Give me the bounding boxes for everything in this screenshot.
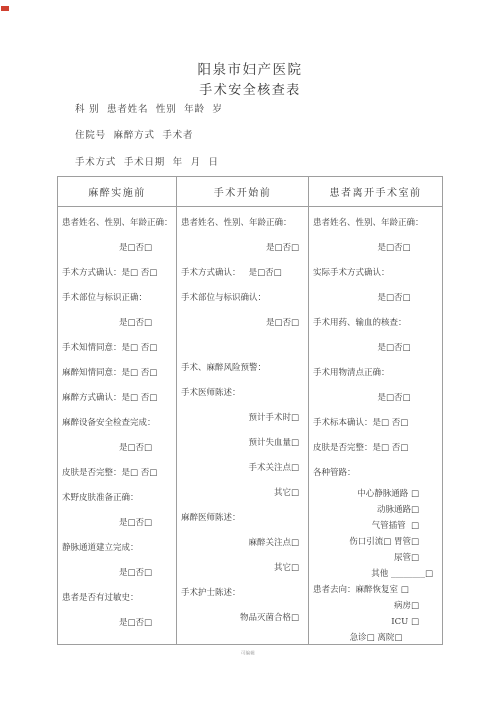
column-header-before-leaving-or: 患者离开手术室前 bbox=[309, 177, 442, 206]
checklist-line: 手术关注点□ bbox=[181, 456, 305, 481]
checklist-line: 气管插管 □ bbox=[313, 518, 439, 534]
checklist-line: 麻醉医师陈述： bbox=[181, 506, 305, 531]
checklist-line: 是□否□ bbox=[181, 311, 305, 336]
form-title: 手术安全核查表 bbox=[0, 79, 500, 98]
checklist-column-pre-incision: 患者姓名、性别、年龄正确：是□否□手术方式确认： 是□否□手术部位与标识确认：是… bbox=[177, 207, 309, 644]
checklist-line: 麻醉方式确认：是□ 否□ bbox=[62, 386, 173, 411]
checklist-line: 动脉通路□ bbox=[313, 502, 439, 518]
checklist-line: 是□否□ bbox=[313, 386, 439, 411]
checklist-line: 静脉通道建立完成： bbox=[62, 536, 173, 561]
checklist-line: 皮肤是否完整：是□ 否□ bbox=[62, 461, 173, 486]
checklist-line: ICU □ bbox=[313, 614, 439, 630]
hospital-title: 阳泉市妇产医院 bbox=[0, 58, 500, 78]
checklist-line: 是□否□ bbox=[62, 311, 173, 336]
checklist-line: 尿管□ bbox=[313, 550, 439, 566]
table-body-row: 患者姓名、性别、年龄正确：是□否□手术方式确认：是□ 否□手术部位与标识正确：是… bbox=[58, 207, 442, 644]
checklist-line: 手术部位与标识确认： bbox=[181, 286, 305, 311]
checklist-line: 是□否□ bbox=[181, 236, 305, 261]
checklist-line: 手术知情同意：是□ 否□ bbox=[62, 336, 173, 361]
checklist-line: 患者姓名、性别、年龄正确： bbox=[313, 211, 439, 236]
surgical-safety-checklist-table: 麻醉实施前 手术开始前 患者离开手术室前 患者姓名、性别、年龄正确：是□否□手术… bbox=[57, 176, 443, 645]
red-corner-mark bbox=[1, 6, 9, 11]
checklist-column-before-leaving-or: 患者姓名、性别、年龄正确：是□否□实际手术方式确认：是□否□手术用药、输血的核查… bbox=[309, 207, 442, 644]
patient-info-line-admission-anesthesia-surgeon: 住院号 麻醉方式 手术者 bbox=[75, 127, 193, 141]
patient-info-line-dept-name-sex-age: 科 别 患者姓名 性别 年龄 岁 bbox=[75, 101, 223, 115]
checklist-line: 是□否□ bbox=[313, 286, 439, 311]
checklist-line: 麻醉设备安全检查完成： bbox=[62, 411, 173, 436]
checklist-line: 是□否□ bbox=[62, 436, 173, 461]
checklist-line: 麻醉知情同意：是□ 否□ bbox=[62, 361, 173, 386]
checklist-line: 是□否□ bbox=[62, 611, 173, 636]
checklist-line: 手术医师陈述： bbox=[181, 381, 305, 406]
checklist-line: 急诊□ 离院□ bbox=[313, 630, 439, 644]
checklist-line: 物品灭菌合格□ bbox=[181, 606, 305, 631]
column-header-pre-incision: 手术开始前 bbox=[177, 177, 309, 206]
checklist-line: 其他 ________□ bbox=[313, 566, 439, 582]
checklist-line: 患者是否有过敏史： bbox=[62, 586, 173, 611]
checklist-line: 手术部位与标识正确： bbox=[62, 286, 173, 311]
blank-line bbox=[181, 336, 305, 356]
checklist-line: 是□否□ bbox=[313, 336, 439, 361]
checklist-line: 患者去向：麻醉恢复室 □ bbox=[313, 582, 439, 598]
checklist-line: 是□否□ bbox=[313, 236, 439, 261]
checklist-line: 手术标本确认：是□ 否□ bbox=[313, 411, 439, 436]
checklist-line: 麻醉关注点□ bbox=[181, 531, 305, 556]
checklist-line: 手术用药、输血的核查： bbox=[313, 311, 439, 336]
checklist-line: 是□否□ bbox=[62, 236, 173, 261]
scanned-form-page: 阳泉市妇产医院 手术安全核查表 科 别 患者姓名 性别 年龄 岁 住院号 麻醉方… bbox=[0, 0, 500, 708]
checklist-line: 手术护士陈述： bbox=[181, 581, 305, 606]
watermark-text: 可编辑 bbox=[241, 650, 255, 656]
checklist-line: 伤口引流□ 胃管□ bbox=[313, 534, 439, 550]
checklist-line: 手术方式确认： 是□否□ bbox=[181, 261, 305, 286]
checklist-line: 其它□ bbox=[181, 481, 305, 506]
checklist-line: 手术用物清点正确： bbox=[313, 361, 439, 386]
checklist-line: 是□否□ bbox=[62, 561, 173, 586]
checklist-line: 病房□ bbox=[313, 598, 439, 614]
column-header-pre-anesthesia: 麻醉实施前 bbox=[58, 177, 177, 206]
checklist-line: 手术方式确认：是□ 否□ bbox=[62, 261, 173, 286]
checklist-line: 患者姓名、性别、年龄正确： bbox=[62, 211, 173, 236]
checklist-line: 预计失血量□ bbox=[181, 431, 305, 456]
checklist-line: 预计手术时□ bbox=[181, 406, 305, 431]
checklist-line: 中心静脉通路 □ bbox=[313, 486, 439, 502]
checklist-line: 术野皮肤准备正确： bbox=[62, 486, 173, 511]
patient-info-line-procedure-date: 手术方式 手术日期 年 月 日 bbox=[75, 154, 219, 168]
checklist-line: 各种管路： bbox=[313, 461, 439, 486]
checklist-line: 皮肤是否完整：是□ 否□ bbox=[313, 436, 439, 461]
checklist-line: 患者姓名、性别、年龄正确： bbox=[181, 211, 305, 236]
checklist-line: 其它□ bbox=[181, 556, 305, 581]
checklist-line: 是□否□ bbox=[62, 511, 173, 536]
checklist-line: 手术、麻醉风险预警： bbox=[181, 356, 305, 381]
checklist-line: 实际手术方式确认： bbox=[313, 261, 439, 286]
table-header-row: 麻醉实施前 手术开始前 患者离开手术室前 bbox=[58, 177, 442, 207]
checklist-column-pre-anesthesia: 患者姓名、性别、年龄正确：是□否□手术方式确认：是□ 否□手术部位与标识正确：是… bbox=[58, 207, 177, 644]
